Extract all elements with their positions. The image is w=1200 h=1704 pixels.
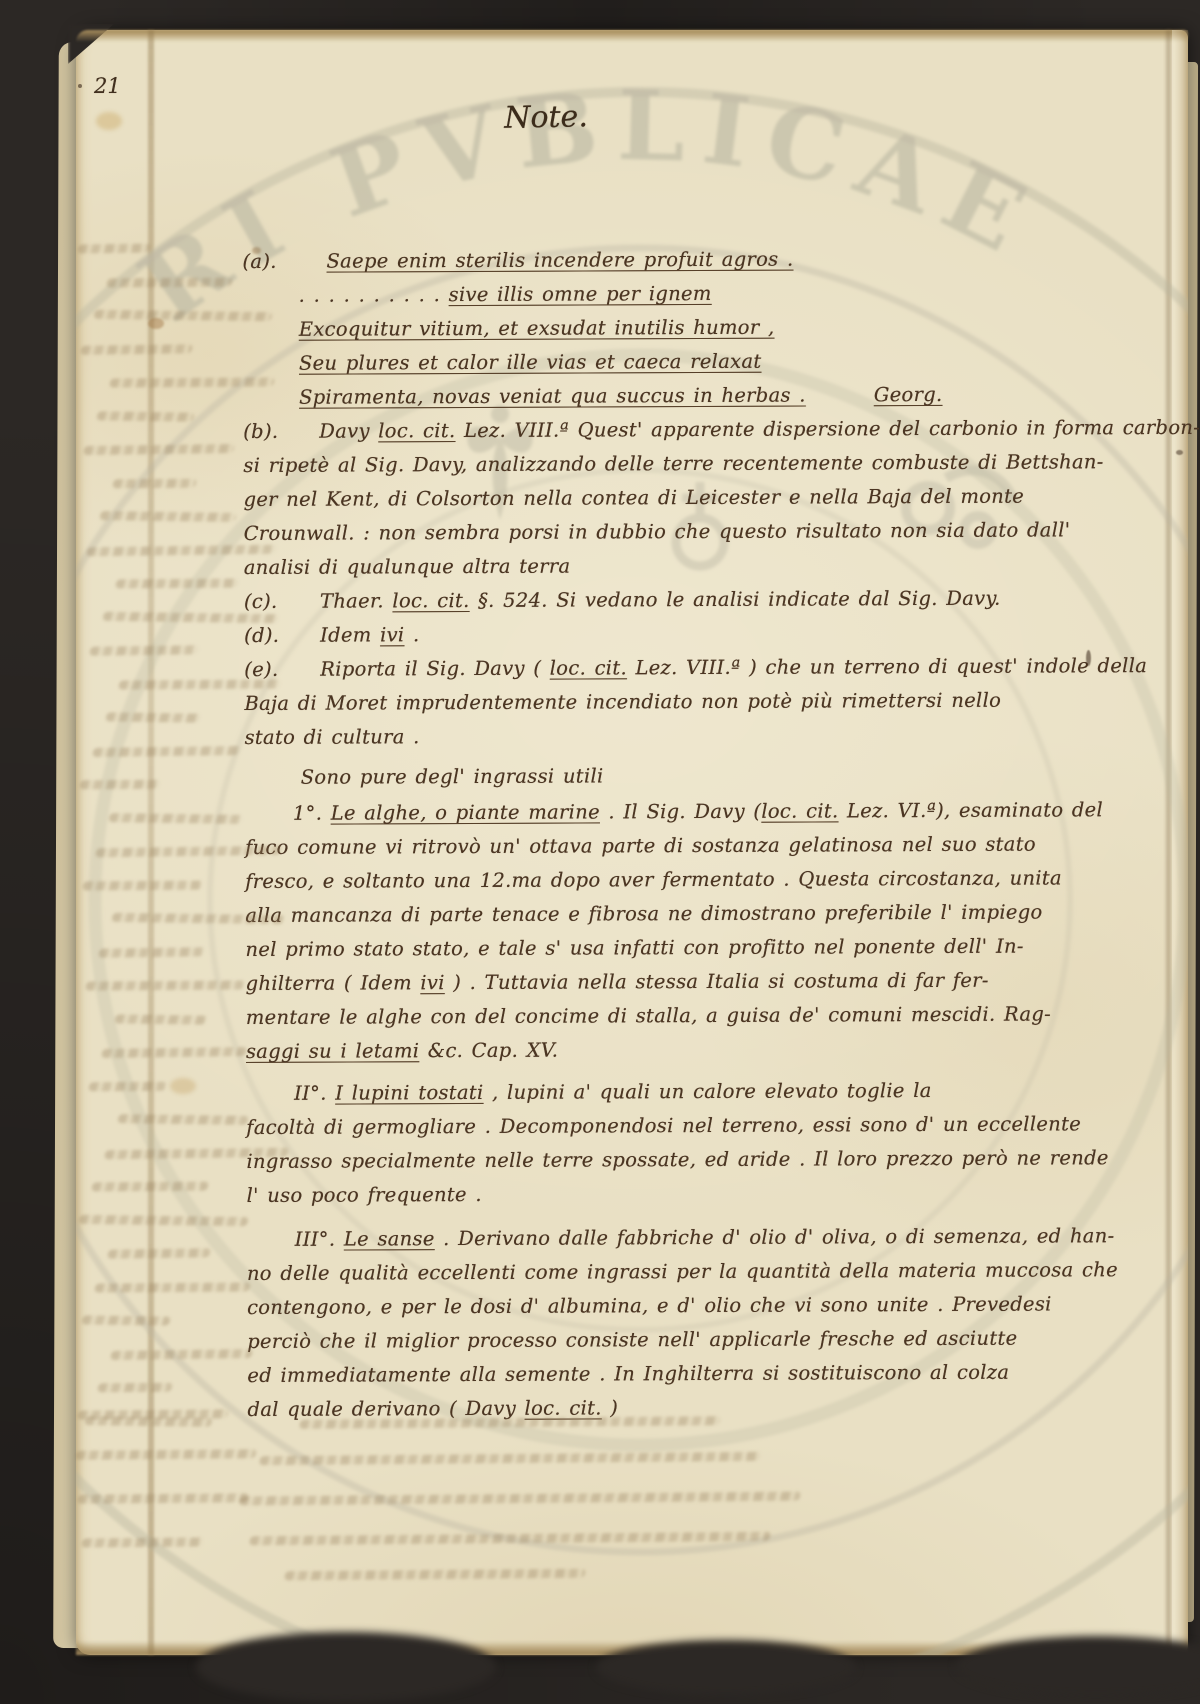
text-segment: Seu plures et calor ille vias et caeca r… xyxy=(299,350,762,375)
text-segment xyxy=(806,383,874,406)
text-segment: ingrasso specialmente nelle terre spossa… xyxy=(246,1146,1108,1173)
scanner-background: { "page": { "number": "21", "title": "No… xyxy=(0,0,1200,1704)
ink-bleed-through xyxy=(115,579,238,589)
text-segment: ) . Tuttavia nella stessa Italia si cost… xyxy=(445,969,989,994)
manuscript-line: fresco, e soltanto una 12.ma dopo aver f… xyxy=(245,861,1150,899)
ink-bleed-through xyxy=(118,679,280,689)
text-segment: perciò che il miglior processo consiste … xyxy=(247,1327,1017,1353)
text-segment: fresco, e soltanto una 12.ma dopo aver f… xyxy=(245,866,1062,893)
ink-bleed-through xyxy=(92,745,240,756)
ink-bleed-through xyxy=(96,411,194,421)
text-segment: loc. cit. xyxy=(378,419,455,442)
right-fold-crease xyxy=(1166,30,1171,1655)
manuscript-line: Crounwall. : non sembra porsi in dubbio … xyxy=(244,513,1149,551)
text-segment: III°. xyxy=(295,1228,344,1251)
manuscript-line: perciò che il miglior processo consiste … xyxy=(247,1321,1152,1359)
ink-bleed-through xyxy=(85,980,244,990)
paper-stain xyxy=(1086,650,1091,666)
text-segment: contengono, e per le dosi d' albumina, e… xyxy=(247,1292,1052,1319)
top-deckle-edge xyxy=(76,30,1188,42)
manuscript-line: alla mancanza di parte tenace e fibrosa … xyxy=(245,895,1150,933)
ink-bleed-through xyxy=(101,1047,246,1058)
manuscript-line: no delle qualità eccellenti come ingrass… xyxy=(247,1253,1152,1291)
manuscript-line: analisi di qualunque altra terra xyxy=(244,547,1149,585)
paper-stain xyxy=(96,112,122,130)
text-segment: si ripetè al Sig. Davy, analizzando dell… xyxy=(243,450,1103,477)
ink-bleed-through xyxy=(81,1315,170,1325)
text-segment: Crounwall. : non sembra porsi in dubbio … xyxy=(244,518,1071,545)
text-segment: Le alghe, o piante marine xyxy=(331,800,600,824)
ink-bleed-through xyxy=(82,880,202,890)
text-segment: §. 524. Si vedano le analisi indicate da… xyxy=(470,587,1001,612)
text-segment: analisi di qualunque altra terra xyxy=(244,555,571,579)
text-segment: Lez. VIII.ª Quest' apparente dispersione… xyxy=(455,416,1200,442)
text-segment: Sono pure degl' ingrassi utili xyxy=(301,764,604,788)
ink-bleed-through xyxy=(109,377,274,387)
text-segment: nel primo stato stato, e tale s' usa inf… xyxy=(245,935,1023,961)
manuscript-page: RI PVBLICAE 21 Note. (a).Saepe enim ster… xyxy=(76,30,1188,1655)
right-edge-shading xyxy=(1172,30,1188,1655)
manuscript-line: III°. Le sanse . Derivano dalle fabbrich… xyxy=(247,1219,1152,1257)
manuscript-line: (c).Thaer. loc. cit. §. 524. Si vedano l… xyxy=(244,581,1149,619)
manuscript-line: ger nel Kent, di Colsorton nella contea … xyxy=(243,479,1148,517)
ink-bleed-through xyxy=(107,1248,210,1258)
text-segment: ger nel Kent, di Colsorton nella contea … xyxy=(243,485,1024,511)
ink-bleed-through xyxy=(77,1493,248,1503)
text-segment: Idem xyxy=(320,623,380,646)
text-segment: Georg. xyxy=(874,383,943,406)
text-segment: facoltà di germogliare . Decomponendosi … xyxy=(246,1112,1081,1139)
ink-bleed-through xyxy=(239,1492,801,1506)
manuscript-line: fuco comune vi ritrovò un' ottava parte … xyxy=(245,827,1150,865)
ink-bleed-through xyxy=(102,611,278,622)
ink-bleed-through xyxy=(117,1114,248,1125)
text-segment: Thaer. xyxy=(320,589,393,612)
note-label: (b). xyxy=(243,415,278,449)
text-segment: ) xyxy=(602,1396,619,1419)
text-segment: I lupini tostati xyxy=(335,1081,483,1105)
ink-bleed-through xyxy=(93,310,272,321)
text-segment: Riporta il Sig. Davy ( xyxy=(320,657,550,681)
manuscript-line: nel primo stato stato, e tale s' usa inf… xyxy=(245,929,1150,967)
text-segment: &c. Cap. XV. xyxy=(419,1039,558,1063)
text-segment: sive illis omne per ignem xyxy=(449,282,712,306)
text-segment: Lez. VI.ª), esaminato del xyxy=(838,798,1103,822)
text-segment: ghilterra ( Idem xyxy=(246,971,421,995)
ink-bleed-through xyxy=(77,243,150,253)
text-segment: 1°. xyxy=(293,802,331,825)
ink-bleed-through xyxy=(104,1147,288,1159)
manuscript-line: (b).Davy loc. cit. Lez. VIII.ª Quest' ap… xyxy=(243,411,1148,449)
text-segment: . . . . . . . . . . xyxy=(299,283,449,307)
manuscript-line: II°. I lupini tostati , lupini a' quali … xyxy=(246,1073,1151,1111)
manuscript-line: (d).Idem ivi . xyxy=(244,615,1149,653)
ink-bleed-through xyxy=(80,344,192,355)
text-segment: II°. xyxy=(294,1082,335,1105)
ink-bleed-through xyxy=(91,1182,208,1192)
ink-bleed-through xyxy=(79,780,160,790)
ink-bleed-through xyxy=(99,511,236,522)
ink-bleed-through xyxy=(111,913,284,924)
text-segment: Baja di Moret imprudentemente incendiato… xyxy=(244,689,1001,715)
text-segment: stato di cultura . xyxy=(245,725,420,749)
ink-bleed-through xyxy=(108,813,242,824)
ink-bleed-through xyxy=(259,1452,761,1465)
text-segment: Saepe enim sterilis incendere profuit ag… xyxy=(326,248,793,273)
ink-bleed-through xyxy=(75,1449,256,1460)
text-segment: . Derivano dalle fabbriche d' olio d' ol… xyxy=(435,1224,1115,1250)
manuscript-line: saggi su i letami &c. Cap. XV. xyxy=(246,1031,1151,1069)
text-segment: Lez. VIII.ª ) che un terreno di quest' i… xyxy=(627,654,1147,679)
paper-stain xyxy=(148,318,164,329)
manuscript-line: ghilterra ( Idem ivi ) . Tuttavia nella … xyxy=(246,963,1151,1001)
manuscript-line: facoltà di germogliare . Decomponendosi … xyxy=(246,1107,1151,1145)
manuscript-line: (e).Riporta il Sig. Davy ( loc. cit. Lez… xyxy=(244,649,1149,687)
manuscript-line: mentare le alghe con del concime di stal… xyxy=(246,997,1151,1035)
text-segment: , lupini a' quali un calore elevato togl… xyxy=(483,1079,931,1104)
text-segment: saggi su i letami xyxy=(246,1039,419,1063)
text-segment: no delle qualità eccellenti come ingrass… xyxy=(247,1258,1118,1285)
manuscript-line: ed immediatamente alla semente . In Ingh… xyxy=(247,1355,1152,1393)
text-segment: ed immediatamente alla semente . In Ingh… xyxy=(247,1361,1009,1387)
manuscript-line: (a).Saepe enim sterilis incendere profui… xyxy=(242,241,1147,279)
paper-stain xyxy=(170,1078,196,1094)
text-segment: . Il Sig. Davy ( xyxy=(600,800,762,824)
bottom-edge-irregularity xyxy=(196,1632,496,1702)
ink-bleed-through xyxy=(78,1214,248,1225)
ink-bleed-through xyxy=(110,1349,252,1360)
manuscript-line: l' uso poco frequente . xyxy=(247,1175,1152,1213)
manuscript-line: . . . . . . . . . . sive illis omne per … xyxy=(243,275,1148,313)
text-segment: loc. cit. xyxy=(761,799,838,822)
ink-bleed-through xyxy=(88,1081,166,1091)
manuscript-line: Seu plures et calor ille vias et caeca r… xyxy=(243,343,1148,381)
ink-bleed-through xyxy=(114,1014,206,1024)
ink-bleed-through xyxy=(83,444,234,455)
paper-stain xyxy=(1176,450,1183,455)
manuscript-line: si ripetè al Sig. Davy, analizzando dell… xyxy=(243,445,1148,483)
ink-bleed-through xyxy=(106,277,232,287)
text-segment: ivi xyxy=(420,971,444,994)
paper-stain xyxy=(78,84,82,88)
manuscript-text-block: (a).Saepe enim sterilis incendere profui… xyxy=(242,241,1152,1427)
text-segment: fuco comune vi ritrovò un' ottava parte … xyxy=(245,833,1036,859)
ink-bleed-through xyxy=(98,947,204,957)
page-number: 21 xyxy=(94,74,121,98)
text-segment: l' uso poco frequente . xyxy=(247,1183,482,1207)
text-segment: . xyxy=(404,623,419,646)
page-title: Note. xyxy=(436,98,657,137)
text-segment: loc. cit. xyxy=(524,1396,601,1419)
ink-bleed-through xyxy=(249,1532,771,1546)
ink-bleed-through xyxy=(112,478,196,488)
manuscript-line: Excoquitur vitium, et exsudat inutilis h… xyxy=(243,309,1148,347)
manuscript-line: 1°. Le alghe, o piante marine . Il Sig. … xyxy=(245,793,1150,831)
note-label: (d). xyxy=(244,619,279,653)
text-segment: Davy xyxy=(319,419,378,442)
text-segment: Excoquitur vitium, et exsudat inutilis h… xyxy=(299,316,775,341)
text-segment: ivi xyxy=(380,623,404,646)
text-segment: loc. cit. xyxy=(550,656,627,679)
text-segment: loc. cit. xyxy=(392,589,469,612)
manuscript-line: Sono pure degl' ingrassi utili xyxy=(245,757,1150,795)
manuscript-line: Spiramenta, novas veniat qua succus in h… xyxy=(243,377,1148,415)
manuscript-line: ingrasso specialmente nelle terre spossa… xyxy=(246,1141,1151,1179)
text-segment: mentare le alghe con del concime di stal… xyxy=(246,1002,1051,1029)
manuscript-line: contengono, e per le dosi d' albumina, e… xyxy=(247,1287,1152,1325)
bottom-edge-irregularity xyxy=(596,1640,856,1695)
ink-bleed-through xyxy=(105,712,200,722)
ink-bleed-through xyxy=(97,1383,172,1393)
ink-bleed-through xyxy=(94,1282,250,1292)
ink-bleed-through xyxy=(284,1569,586,1581)
manuscript-line: Baja di Moret imprudentemente incendiato… xyxy=(244,683,1149,721)
ink-bleed-through xyxy=(81,1537,202,1547)
paper-stain xyxy=(252,247,261,254)
ink-bleed-through xyxy=(77,1409,228,1419)
ink-bleed-through xyxy=(89,645,198,656)
bottom-edge-irregularity xyxy=(956,1636,1200,1696)
text-segment: Le sanse xyxy=(344,1227,435,1250)
text-segment: Spiramenta, novas veniat qua succus in h… xyxy=(299,384,806,409)
text-segment: alla mancanza di parte tenace e fibrosa … xyxy=(245,900,1042,926)
manuscript-line: stato di cultura . xyxy=(245,717,1150,755)
